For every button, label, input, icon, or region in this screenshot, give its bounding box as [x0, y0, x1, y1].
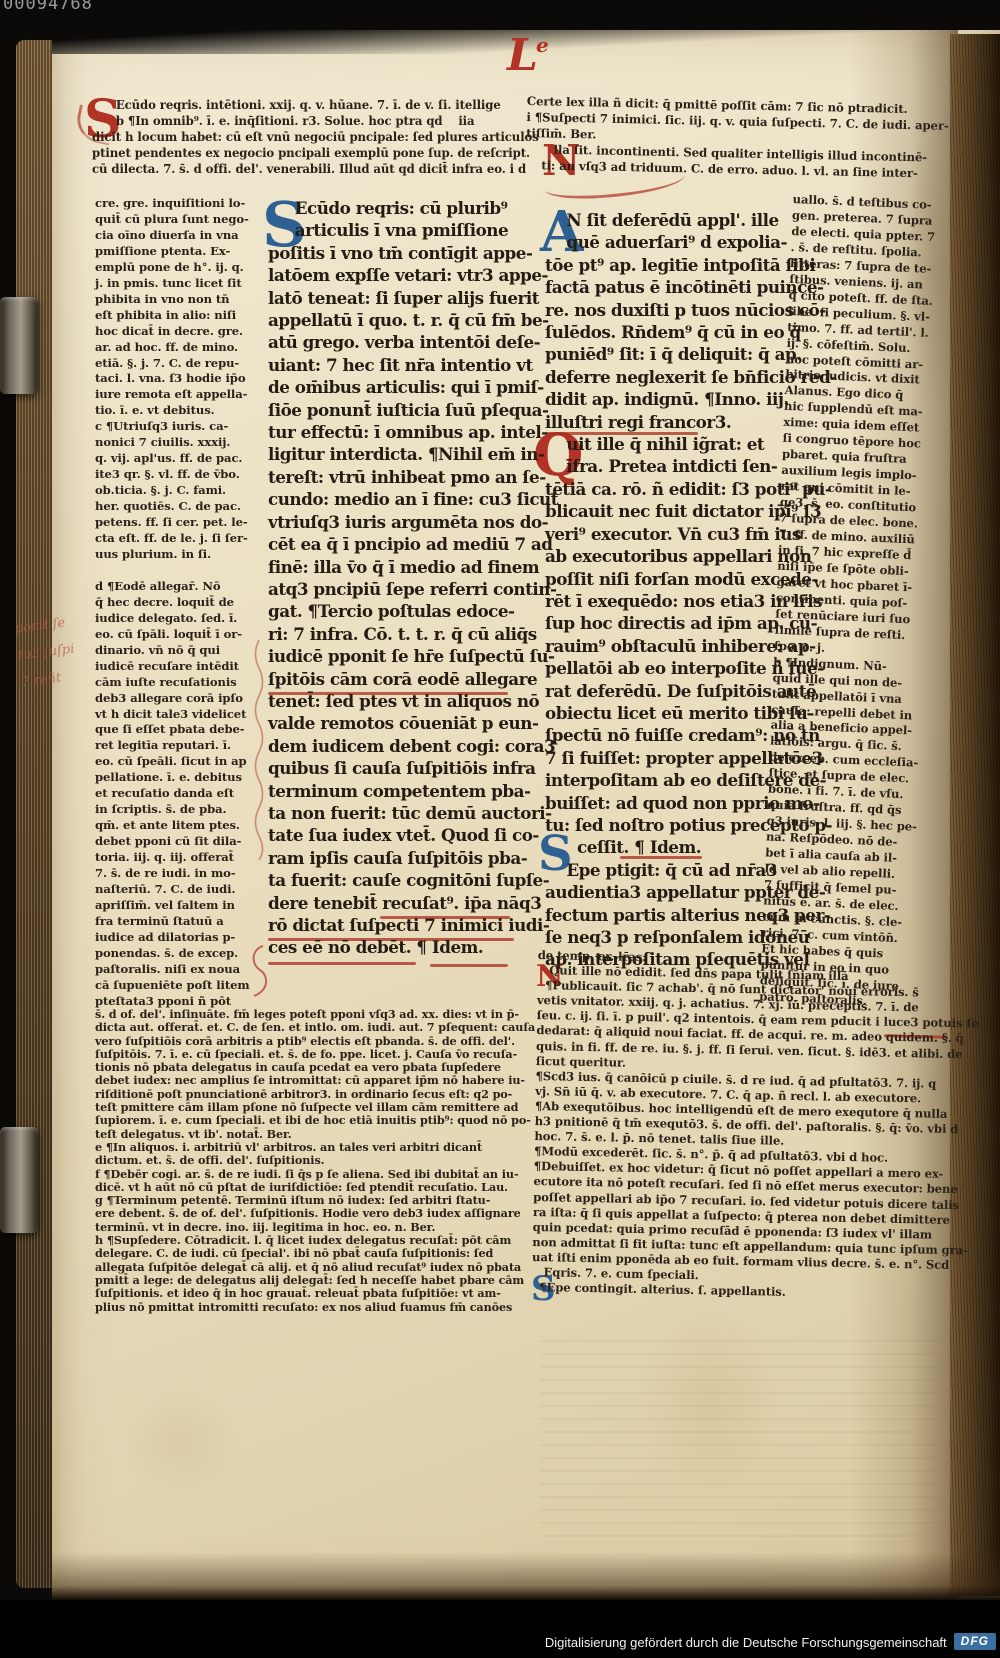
- scan-id-number: 00094768: [3, 0, 93, 14]
- header-gloss-left: Ecūdo reqris. intētioni. xxij. q. v. hūa…: [92, 97, 539, 177]
- left-margin-gloss: cre. gre. inquiſitioni lo- quit̄ cū plur…: [95, 196, 250, 1010]
- rubric-squiggle: [252, 640, 266, 860]
- header-gloss-right: Certe lex illa ñ dicit: q̄ pmittē poſſit…: [525, 93, 949, 182]
- rubric-flourish: [247, 944, 269, 998]
- folio-letter: L: [507, 30, 538, 81]
- red-underline: [430, 964, 508, 967]
- folio-mark: Le: [507, 34, 549, 78]
- dfg-logo: DFG: [954, 1633, 996, 1650]
- page-stain: [120, 1380, 240, 1500]
- book-clasp-top: [0, 297, 38, 394]
- bottom-gloss-right: de temp. or. lr̄as. Quit ille nō edidit.…: [531, 948, 979, 1304]
- page-bottom-shadow: [52, 1552, 1000, 1600]
- digitization-banner: Digitalisierung gefördert durch die Deut…: [0, 1600, 1000, 1658]
- bottom-gloss-left: s̄. d of. del'. inſinuāte. fm̄ leges pot…: [95, 1008, 535, 1314]
- scanned-incunabulum-page: { "scan": { "corner_number": "00094768",…: [0, 0, 1000, 1658]
- ink-showthrough: [540, 1340, 940, 1545]
- main-text-left-column: Ecūdo reqris: cū plurib⁹ articulis ī vna…: [268, 197, 558, 959]
- credit-text: Digitalisierung gefördert durch die Deut…: [545, 1635, 947, 1650]
- book-clasp-bottom: [0, 1127, 38, 1233]
- folio-mark-flourish: e: [536, 33, 549, 57]
- red-underline: [268, 962, 416, 965]
- handwritten-margin-note: ponit ſe tu3 ſuſpi 7 reñt: [13, 609, 79, 696]
